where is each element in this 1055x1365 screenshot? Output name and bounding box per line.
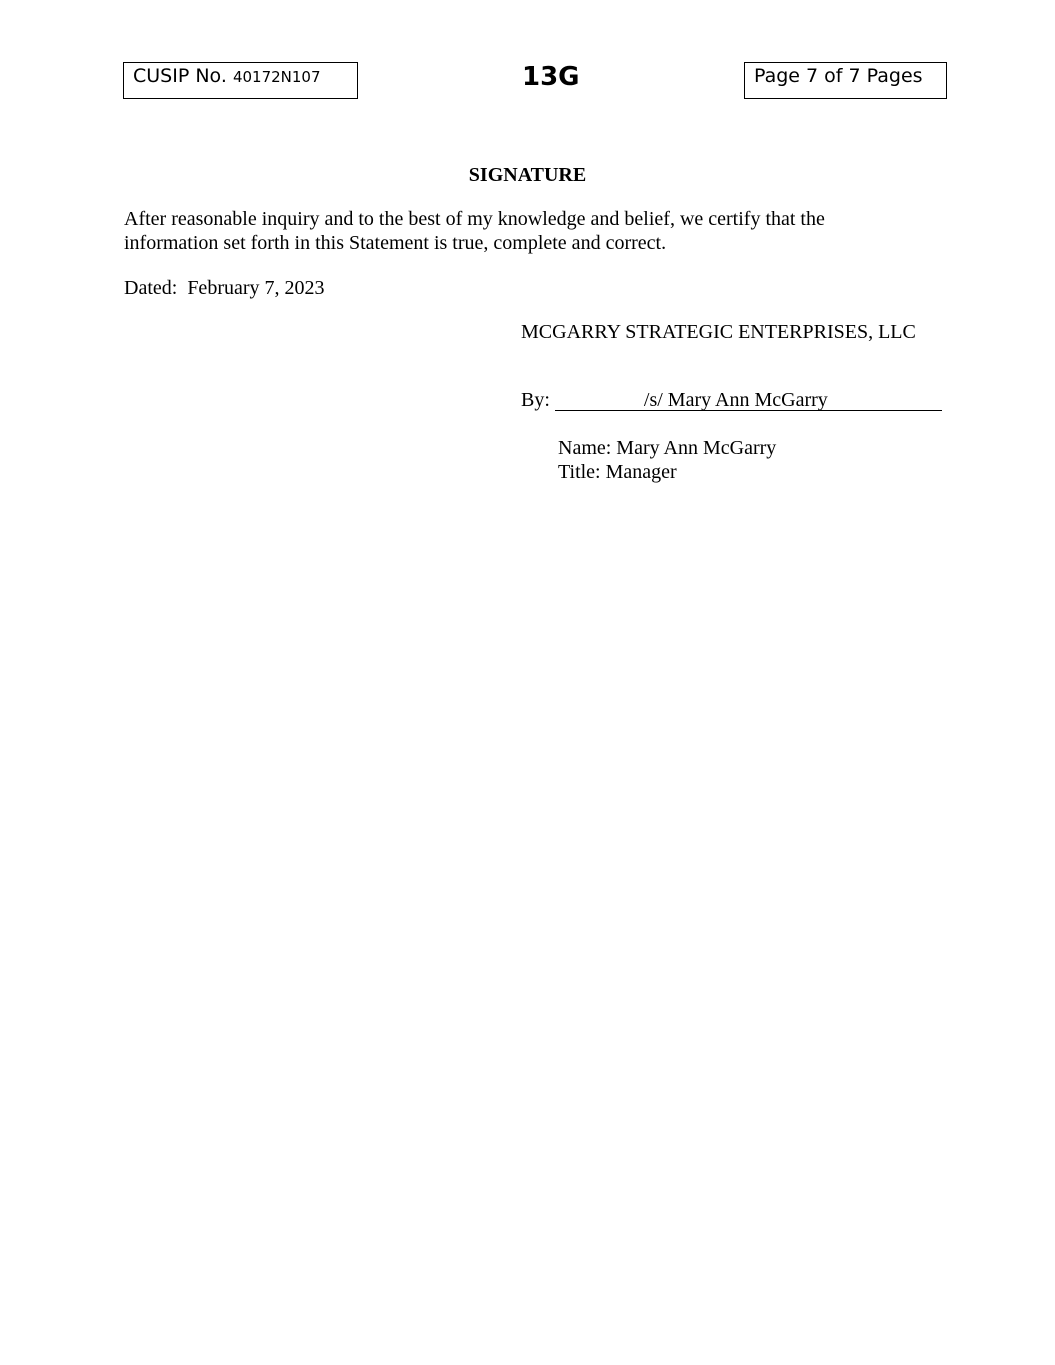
signature-field: /s/ Mary Ann McGarry	[555, 390, 942, 411]
signer-name: Name: Mary Ann McGarry	[558, 436, 776, 460]
page-indicator: Page 7 of 7 Pages	[744, 62, 947, 99]
by-line: By:/s/ Mary Ann McGarry	[521, 388, 942, 412]
certification-text: After reasonable inquiry and to the best…	[124, 207, 884, 255]
dated-line: Dated: February 7, 2023	[124, 276, 325, 300]
form-type: 13G	[522, 64, 580, 90]
signer-title: Title: Manager	[558, 460, 677, 484]
dated-value: February 7, 2023	[187, 277, 324, 299]
signature-heading: SIGNATURE	[0, 163, 1055, 187]
by-label: By:	[521, 389, 550, 411]
cusip-box: CUSIP No. 40172N107	[123, 62, 358, 99]
company-name: MCGARRY STRATEGIC ENTERPRISES, LLC	[521, 320, 916, 344]
dated-label: Dated:	[124, 277, 177, 299]
cusip-number: 40172N107	[233, 68, 321, 86]
cusip-label: CUSIP No.	[133, 65, 227, 87]
